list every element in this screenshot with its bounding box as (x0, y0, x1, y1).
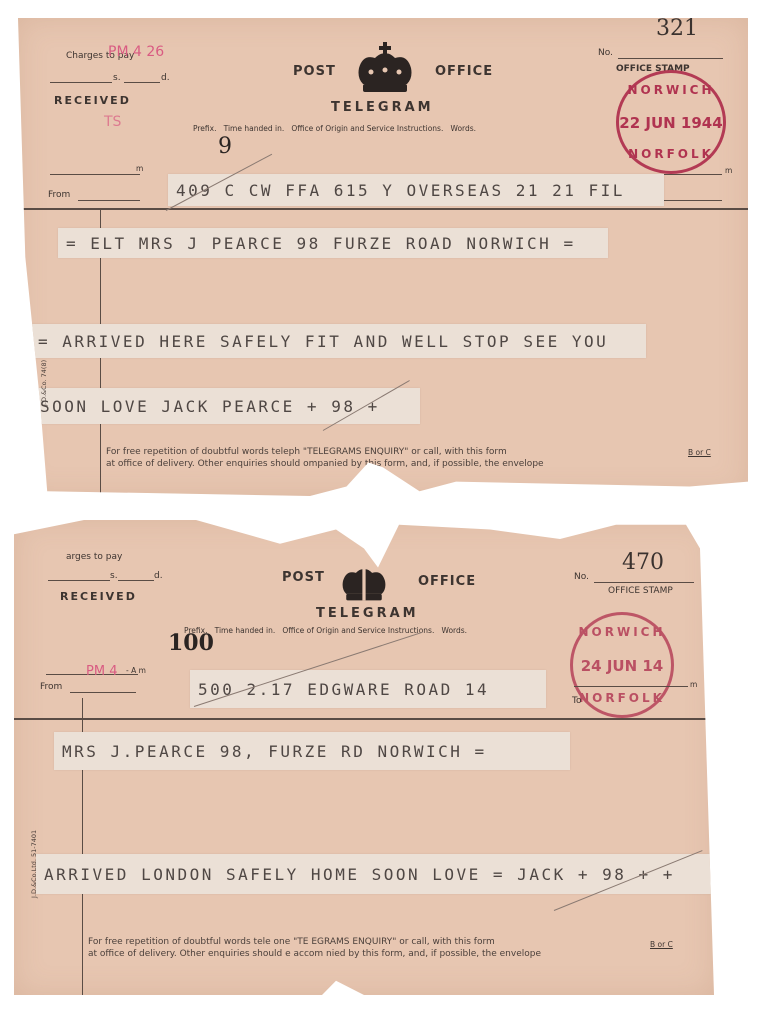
form-code: B or C (650, 940, 673, 949)
message-tape-1: ARRIVED LONDON SAFELY HOME SOON LOVE = J… (36, 854, 724, 894)
serial-number: 321 (656, 16, 698, 41)
header-fields: Prefix. Time handed in. Office of Origin… (193, 124, 476, 133)
office-label: OFFICE (435, 64, 493, 79)
footer-line-2: at office of delivery. Other enquiries s… (88, 948, 541, 960)
received-label: RECEIVED (60, 590, 137, 603)
form-code: B or C (688, 448, 711, 457)
serial-number: 470 (622, 550, 664, 575)
stamp-date: 24 JUN 14 (573, 657, 671, 675)
pink-time-stamp: PM 4 (86, 664, 117, 679)
prefix-value: 100 (168, 630, 214, 656)
telegram-form-1: Charges to pay PM 4 26 s. d. RECEIVED TS… (18, 18, 748, 496)
address-tape: = ELT MRS J PEARCE 98 FURZE ROAD NORWICH… (58, 228, 608, 258)
pink-time-stamp: PM 4 26 (108, 44, 164, 60)
footer-line-2: at office of delivery. Other enquiries s… (106, 458, 544, 470)
charges-label: arges to pay (66, 552, 122, 562)
to-label: To (572, 696, 581, 706)
office-stamp-label: OFFICE STAMP (608, 586, 673, 596)
printer-mark: J.D.&Co.Ltd. 51-7401 (30, 830, 38, 898)
post-label: POST (293, 64, 336, 79)
handwritten-initials: TS (104, 114, 121, 130)
pence-label: d. (161, 73, 170, 83)
date-stamp: NORWICH 22 JUN 1944 NORFOLK (616, 70, 726, 174)
header-fields: Prefix. Time handed in. Office of Origin… (184, 626, 467, 635)
crown-icon (353, 42, 417, 94)
office-label: OFFICE (418, 574, 476, 589)
printer-mark: J.D.&Co. 74(8) (40, 360, 48, 406)
crown-icon (336, 560, 392, 602)
address-tape: MRS J.PEARCE 98, FURZE RD NORWICH = (54, 732, 570, 770)
origin-tape: 409 C CW FFA 615 Y OVERSEAS 21 21 FIL (168, 174, 664, 206)
prefix-value: 9 (218, 134, 232, 159)
footer-line-1: For free repetition of doubtful words te… (106, 446, 507, 458)
date-stamp: NORWICH 24 JUN 14 NORFOLK (570, 612, 674, 718)
shillings-label: s. (113, 73, 121, 83)
post-label: POST (282, 570, 325, 585)
stamp-date: 22 JUN 1944 (619, 114, 723, 132)
telegram-form-2: arges to pay s. d. RECEIVED POST OFFICE … (14, 520, 714, 995)
no-label: No. (574, 572, 589, 582)
message-tape-1: = ARRIVED HERE SAFELY FIT AND WELL STOP … (30, 324, 646, 358)
shillings-label: s. (110, 571, 118, 581)
from-label: From (40, 682, 62, 692)
from-label: From (48, 190, 70, 200)
received-label: RECEIVED (54, 94, 131, 107)
telegram-label: TELEGRAM (331, 100, 434, 115)
footer-line-1: For free repetition of doubtful words te… (88, 936, 495, 948)
telegram-label: TELEGRAM (316, 606, 419, 621)
no-label: No. (598, 48, 613, 58)
pence-label: d. (154, 571, 163, 581)
